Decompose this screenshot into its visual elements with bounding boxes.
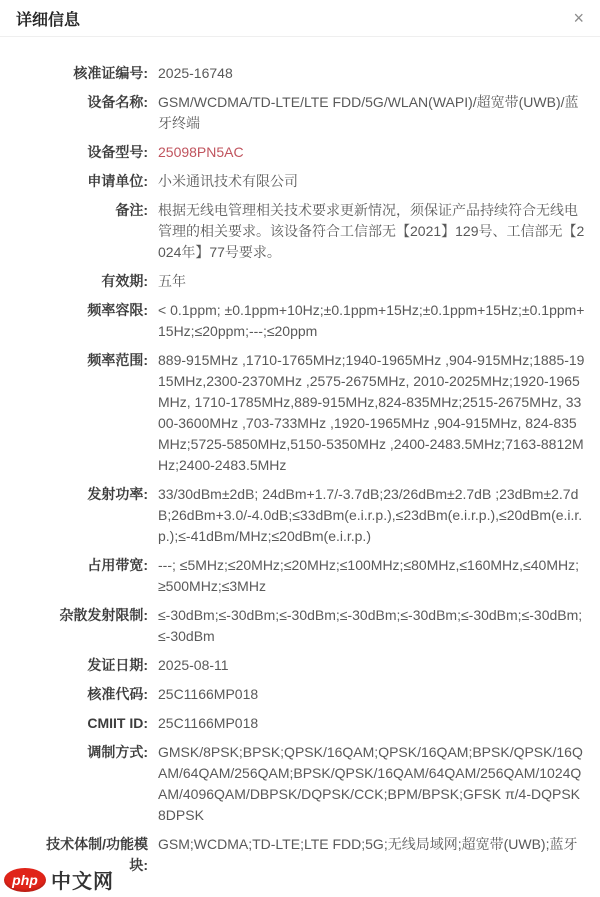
field-value: 33/30dBm±2dB; 24dBm+1.7/-3.7dB;23/26dBm±… (148, 484, 585, 547)
dialog-title: 详细信息 (16, 7, 80, 30)
field-label: 设备名称: (30, 92, 148, 134)
dialog-header: 详细信息 × (0, 0, 600, 37)
field-value: 2025-08-11 (148, 655, 585, 676)
field-label: 备注: (30, 200, 148, 263)
field-value: GSM/WCDMA/TD-LTE/LTE FDD/5G/WLAN(WAPI)/超… (148, 92, 585, 134)
field-value: 889-915MHz ,1710-1765MHz;1940-1965MHz ,9… (148, 350, 585, 476)
field-label: 杂散发射限制: (30, 605, 148, 647)
detail-row: 发证日期: 2025-08-11 (30, 655, 585, 676)
detail-row: 核准代码: 25C1166MP018 (30, 684, 585, 705)
dialog-body: 核准证编号: 2025-16748 设备名称: GSM/WCDMA/TD-LTE… (0, 37, 600, 876)
detail-row: 调制方式: GMSK/8PSK;BPSK;QPSK/16QAM;QPSK/16Q… (30, 742, 585, 826)
field-label: 发证日期: (30, 655, 148, 676)
detail-row: 杂散发射限制: ≤-30dBm;≤-30dBm;≤-30dBm;≤-30dBm;… (30, 605, 585, 647)
field-value: ≤-30dBm;≤-30dBm;≤-30dBm;≤-30dBm;≤-30dBm;… (148, 605, 585, 647)
watermark-logo: php 中文网 (4, 865, 114, 894)
field-value: 25C1166MP018 (148, 713, 585, 734)
field-label: 发射功率: (30, 484, 148, 547)
detail-row: 频率范围: 889-915MHz ,1710-1765MHz;1940-1965… (30, 350, 585, 476)
field-label: 设备型号: (30, 142, 148, 163)
field-label: 频率范围: (30, 350, 148, 476)
close-icon[interactable]: × (573, 9, 584, 27)
field-value: 25C1166MP018 (148, 684, 585, 705)
field-label: 申请单位: (30, 171, 148, 192)
field-value: 2025-16748 (148, 63, 585, 84)
detail-dialog: 详细信息 × 核准证编号: 2025-16748 设备名称: GSM/WCDMA… (0, 0, 600, 897)
detail-row: 设备型号: 25098PN5AC (30, 142, 585, 163)
detail-row: 频率容限: < 0.1ppm; ±0.1ppm+10Hz;±0.1ppm+15H… (30, 300, 585, 342)
field-value: 根据无线电管理相关技术要求更新情况，须保证产品持续符合无线电管理的相关要求。该设… (148, 200, 585, 263)
detail-row: 备注: 根据无线电管理相关技术要求更新情况，须保证产品持续符合无线电管理的相关要… (30, 200, 585, 263)
detail-row: 核准证编号: 2025-16748 (30, 63, 585, 84)
detail-row: 发射功率: 33/30dBm±2dB; 24dBm+1.7/-3.7dB;23/… (30, 484, 585, 547)
field-label: 频率容限: (30, 300, 148, 342)
detail-row: 有效期: 五年 (30, 271, 585, 292)
php-badge-icon: php (4, 868, 46, 892)
field-label: 核准代码: (30, 684, 148, 705)
field-label: 占用带宽: (30, 555, 148, 597)
field-value: GMSK/8PSK;BPSK;QPSK/16QAM;QPSK/16QAM;BPS… (148, 742, 585, 826)
detail-row: CMIIT ID: 25C1166MP018 (30, 713, 585, 734)
field-value: GSM;WCDMA;TD-LTE;LTE FDD;5G;无线局域网;超宽带(UW… (148, 834, 585, 876)
field-label: 调制方式: (30, 742, 148, 826)
field-label: CMIIT ID: (30, 713, 148, 734)
detail-row: 设备名称: GSM/WCDMA/TD-LTE/LTE FDD/5G/WLAN(W… (30, 92, 585, 134)
field-value: ---; ≤5MHz;≤20MHz;≤20MHz;≤100MHz;≤80MHz,… (148, 555, 585, 597)
field-value: 小米通讯技术有限公司 (148, 171, 585, 192)
field-value: 25098PN5AC (148, 142, 585, 163)
field-value: < 0.1ppm; ±0.1ppm+10Hz;±0.1ppm+15Hz;±0.1… (148, 300, 585, 342)
field-value: 五年 (148, 271, 585, 292)
field-label: 核准证编号: (30, 63, 148, 84)
field-label: 有效期: (30, 271, 148, 292)
detail-row: 申请单位: 小米通讯技术有限公司 (30, 171, 585, 192)
detail-row: 占用带宽: ---; ≤5MHz;≤20MHz;≤20MHz;≤100MHz;≤… (30, 555, 585, 597)
watermark-text: 中文网 (51, 865, 114, 894)
